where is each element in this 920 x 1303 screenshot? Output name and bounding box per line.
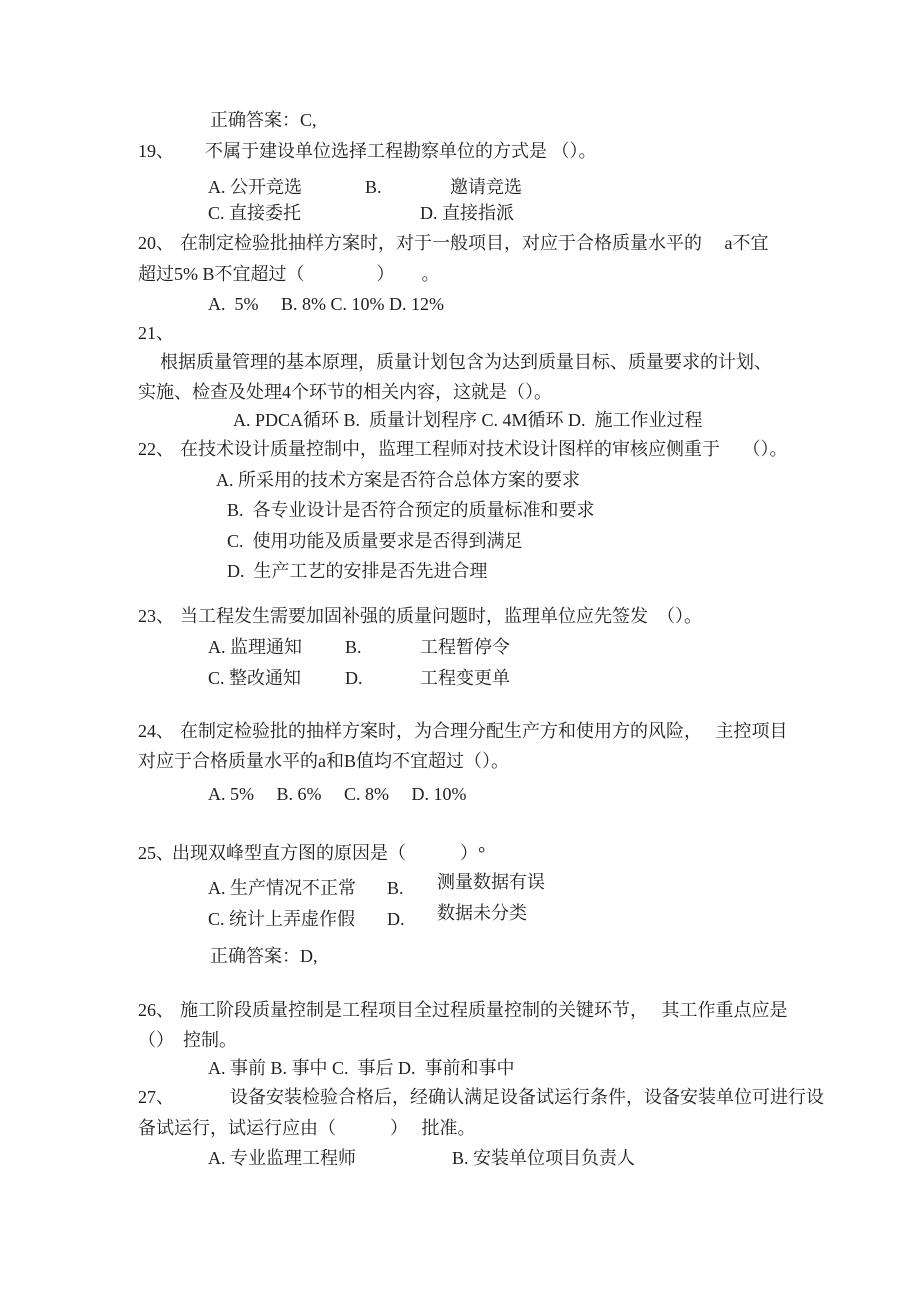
q23-number: 23、 <box>138 604 174 628</box>
q25-option-d-text: 数据未分类 <box>437 901 527 925</box>
q22-option-b: B. 各专业设计是否符合预定的质量标准和要求 <box>227 498 595 522</box>
q24-stem-line1: 在制定检验批的抽样方案时，为合理分配生产方和使用方的风险， 主控项目 <box>180 719 788 743</box>
q26-options: A. 事前 B. 事中 C. 事后 D. 事前和事中 <box>208 1056 515 1080</box>
q23-stem: 当工程发生需要加固补强的质量问题时，监理单位应先签发 （）。 <box>180 604 702 628</box>
q23-option-c: C. 整改通知 <box>208 666 301 690</box>
q25-number: 25、 <box>138 841 174 865</box>
q22-option-a: A. 所采用的技术方案是否符合总体方案的要求 <box>216 468 580 492</box>
q26-number: 26、 <box>138 998 174 1022</box>
q25-answer-line: 正确答案：D, <box>210 944 318 968</box>
document-page: 正确答案：C, 19、 不属于建设单位选择工程勘察单位的方式是 （）。 A. 公… <box>0 0 920 1303</box>
q25-option-a: A. 生产情况不正常 <box>208 876 356 900</box>
q20-number: 20、 <box>138 231 174 255</box>
q22-option-c: C. 使用功能及质量要求是否得到满足 <box>227 529 523 553</box>
q24-number: 24、 <box>138 719 174 743</box>
q19-option-b-label: B. <box>365 175 382 199</box>
q27-stem-line2: 备试运行，试运行应由（ ） 批准。 <box>138 1116 476 1140</box>
q27-option-a: A. 专业监理工程师 <box>208 1146 356 1170</box>
q19-option-a: A. 公开竞选 <box>208 175 302 199</box>
q19-number: 19、 <box>138 139 174 163</box>
q20-stem-line2: 超过5% B不宜超过（ ） 。 <box>138 262 440 286</box>
q25-option-d-label: D. <box>387 907 405 931</box>
q25-option-b-text: 测量数据有误 <box>437 870 545 894</box>
q25-option-b-label: B. <box>387 876 404 900</box>
q23-option-b-text: 工程暂停令 <box>420 635 510 659</box>
q27-number: 27、 <box>138 1085 174 1109</box>
q24-options: A. 5% B. 6% C. 8% D. 10% <box>208 782 467 806</box>
q23-option-a: A. 监理通知 <box>208 635 302 659</box>
q26-stem-line1: 施工阶段质量控制是工程项目全过程质量控制的关键环节， 其工作重点应是 <box>180 998 788 1022</box>
q19-option-b-text: 邀请竞选 <box>450 175 522 199</box>
q20-stem-line1: 在制定检验批抽样方案时，对于一般项目，对应于合格质量水平的 a不宜 <box>180 231 769 255</box>
q23-option-b-label: B. <box>345 635 362 659</box>
q23-option-d-text: 工程变更单 <box>420 666 510 690</box>
q27-option-b: B. 安装单位项目负责人 <box>452 1146 635 1170</box>
q21-stem-line2: 实施、检查及处理4个环节的相关内容，这就是（）。 <box>138 380 552 404</box>
q19-stem: 不属于建设单位选择工程勘察单位的方式是 （）。 <box>205 139 597 163</box>
q19-option-c: C. 直接委托 <box>208 201 301 225</box>
q22-option-d: D. 生产工艺的安排是否先进合理 <box>227 559 488 583</box>
q22-number: 22、 <box>138 437 174 461</box>
q19-option-d: D. 直接指派 <box>420 201 514 225</box>
q23-option-d-label: D. <box>345 666 363 690</box>
q21-number: 21、 <box>138 321 174 345</box>
q22-stem: 在技术设计质量控制中，监理工程师对技术设计图样的审核应侧重于 （）。 <box>180 437 788 461</box>
q25-stem: 出现双峰型直方图的原因是（ ）° <box>172 841 485 865</box>
q27-stem-line1: 设备安装检验合格后，经确认满足设备试运行条件，设备安装单位可进行设 <box>230 1085 824 1109</box>
q20-options: A. 5% B. 8% C. 10% D. 12% <box>208 292 444 316</box>
q21-stem-line1: 根据质量管理的基本原理，质量计划包含为达到质量目标、质量要求的计划、 <box>160 350 772 374</box>
q24-stem-line2: 对应于合格质量水平的a和B值均不宜超过（）。 <box>138 749 509 773</box>
q21-options: A. PDCA循环 B. 质量计划程序 C. 4M循环 D. 施工作业过程 <box>233 408 703 432</box>
q25-option-c: C. 统计上弄虚作假 <box>208 907 355 931</box>
q26-stem-line2: （） 控制。 <box>138 1028 237 1052</box>
answer-line-prev: 正确答案：C, <box>210 108 317 132</box>
